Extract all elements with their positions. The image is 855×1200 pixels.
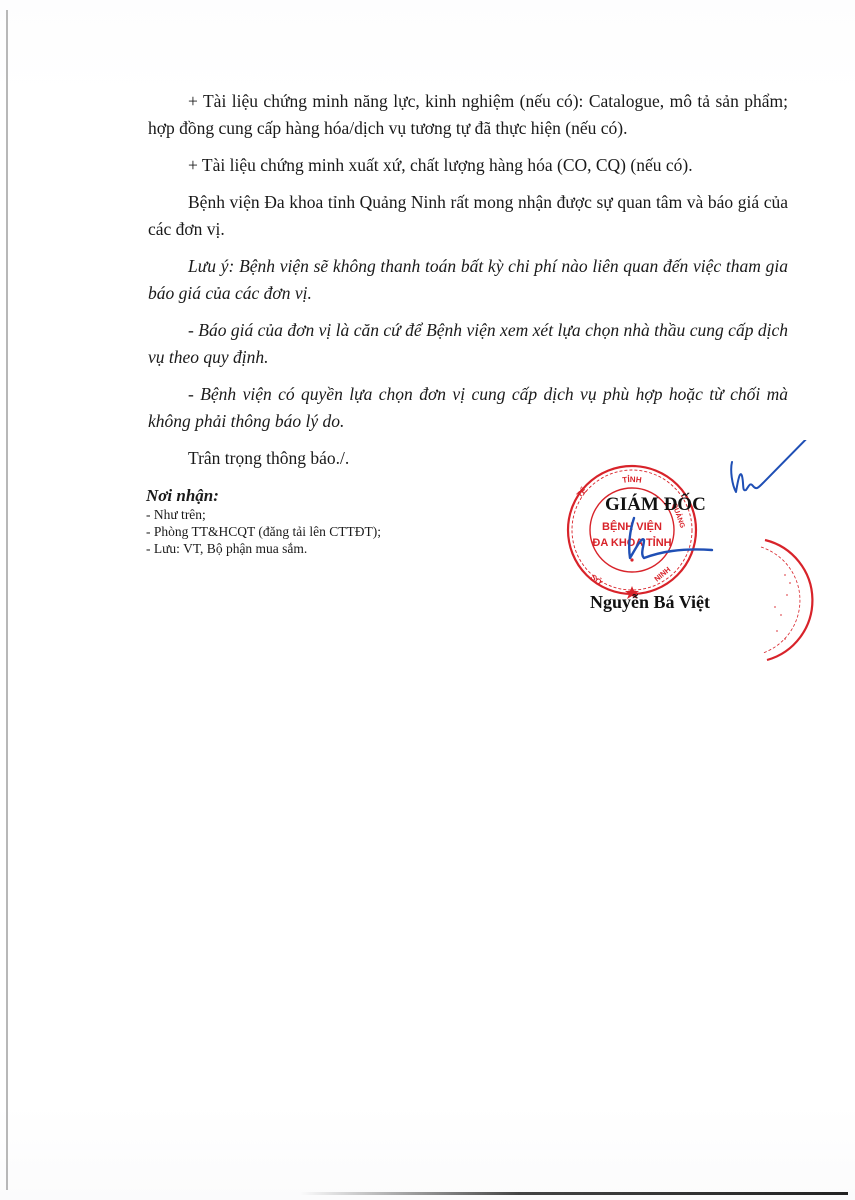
document-page: + Tài liệu chứng minh năng lực, kinh ngh… <box>0 0 855 1200</box>
svg-text:ĐA KHOA TỈNH: ĐA KHOA TỈNH <box>592 536 671 549</box>
recipient-item: - Lưu: VT, Bộ phận mua sắm. <box>146 540 486 557</box>
scan-left-edge <box>6 10 8 1190</box>
paragraph-note-rights: - Bệnh viện có quyền lựa chọn đơn vị cun… <box>148 381 788 435</box>
signature-block: TỈNH TẾ QUẢNG SỞ NINH BỆNH VIỆN ĐA KHOA … <box>570 440 855 680</box>
partial-stamp-icon <box>755 535 825 665</box>
recipients-title: Nơi nhận: <box>146 486 486 506</box>
paragraph-note-basis: - Báo giá của đơn vị là căn cứ để Bệnh v… <box>148 317 788 371</box>
recipient-item: - Phòng TT&HCQT (đăng tải lên CTTĐT); <box>146 523 486 540</box>
paragraph-note-payment: Lưu ý: Bệnh viện sẽ không thanh toán bất… <box>148 253 788 307</box>
svg-text:BỆNH VIỆN: BỆNH VIỆN <box>602 520 662 533</box>
recipients-block: Nơi nhận: - Như trên; - Phòng TT&HCQT (đ… <box>146 486 486 557</box>
scan-bottom-edge <box>300 1192 848 1195</box>
official-stamp-icon: TỈNH TẾ QUẢNG SỞ NINH BỆNH VIỆN ĐA KHOA … <box>562 460 702 600</box>
document-body: + Tài liệu chứng minh năng lực, kinh ngh… <box>148 88 788 482</box>
signatory-title: GIÁM ĐỐC <box>605 494 706 516</box>
paragraph-origin-docs: + Tài liệu chứng minh xuất xứ, chất lượn… <box>148 152 788 179</box>
svg-text:TỈNH: TỈNH <box>622 475 643 485</box>
recipient-item: - Như trên; <box>146 506 486 523</box>
signatory-name: Nguyễn Bá Việt <box>590 592 710 613</box>
paragraph-request: Bệnh viện Đa khoa tỉnh Quảng Ninh rất mo… <box>148 189 788 243</box>
paragraph-experience-docs: + Tài liệu chứng minh năng lực, kinh ngh… <box>148 88 788 142</box>
